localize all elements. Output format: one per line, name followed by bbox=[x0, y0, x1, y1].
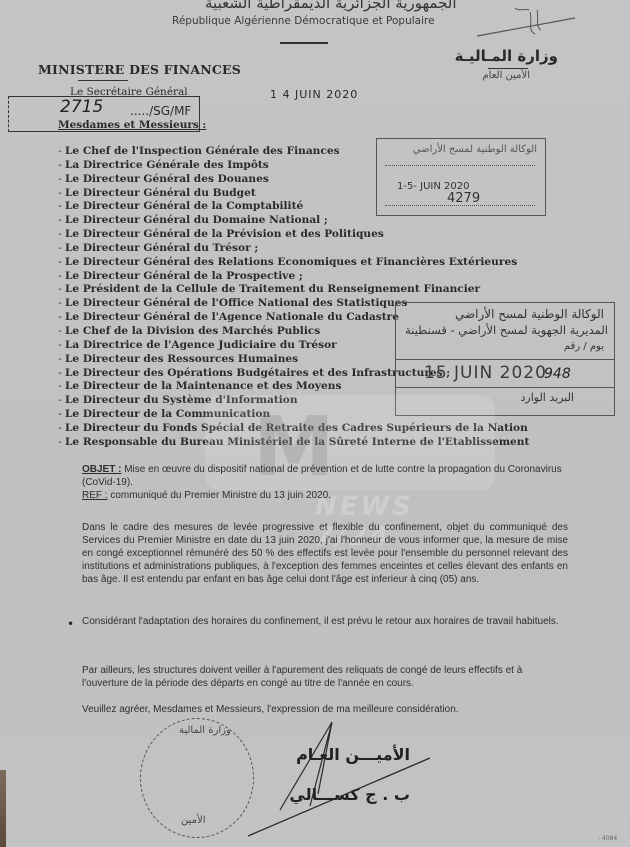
closing-formula: Veuillez agréer, Mesdames et Messieurs, … bbox=[82, 703, 568, 716]
reference-line: REF : communiqué du Premier Ministre du … bbox=[82, 489, 568, 502]
recipient-item: Le Directeur Général de la Prospective ; bbox=[58, 270, 529, 284]
object-label: OBJET : bbox=[82, 464, 121, 475]
recipient-item: Le Directeur du Fonds Spécial de Retrait… bbox=[58, 422, 529, 436]
object-text: Mise en œuvre du dispositif national de … bbox=[82, 464, 562, 488]
official-seal: وزارة المالية الأمين bbox=[140, 718, 254, 838]
paragraph-leave: Par ailleurs, les structures doivent vei… bbox=[82, 664, 568, 690]
stamp-2-divider bbox=[396, 359, 614, 360]
arabic-republic-heading: الجمهورية الجزائرية الديمقراطية الشعبية bbox=[205, 0, 457, 12]
received-stamp-1: الوكالة الوطنية لمسح الأراضي 1-5- JUIN 2… bbox=[376, 138, 546, 216]
ref-label: REF : bbox=[82, 490, 108, 501]
ministry-title: MINISTERE DES FINANCES bbox=[38, 62, 241, 77]
reference-suffix: ...../SG/MF bbox=[130, 104, 191, 118]
recipient-item: Le Responsable du Bureau Ministériel de … bbox=[58, 436, 529, 450]
arabic-ministry-title: وزارة المـاليـة bbox=[455, 47, 558, 65]
handwritten-signature-icon bbox=[240, 718, 480, 847]
seal-top-text: وزارة المالية bbox=[179, 725, 231, 736]
document-page: الجمهورية الجزائرية الديمقراطية الشعبية … bbox=[0, 0, 630, 847]
stamp-2-date: 15 JUIN 2020 bbox=[424, 363, 547, 383]
recipient-item: Le Directeur Général de la Prévision et … bbox=[58, 228, 529, 242]
ref-text: communiqué du Premier Ministre du 13 jui… bbox=[108, 490, 331, 501]
republic-heading: République Algérienne Démocratique et Po… bbox=[172, 15, 435, 27]
stamp-2-divider bbox=[396, 387, 614, 388]
recipient-item: Le Directeur Général des Relations Econo… bbox=[58, 256, 529, 270]
stamp-2-number: 948 bbox=[544, 366, 571, 382]
reference-number: 2715 bbox=[60, 97, 103, 117]
stamp-2-agency: الوكالة الوطنية لمسح الأراضي bbox=[455, 307, 604, 321]
arabic-ministry-divider bbox=[488, 68, 528, 69]
object-line: OBJET : Mise en œuvre du dispositif nati… bbox=[82, 463, 568, 489]
footer-code: : 4084 bbox=[598, 835, 617, 842]
handwritten-annotation-icon bbox=[475, 4, 585, 40]
recipient-item: Le Directeur Général du Domaine National… bbox=[58, 214, 529, 228]
salutation: Mesdames et Messieurs : bbox=[58, 119, 206, 131]
paragraph-working-hours: Considérant l'adaptation des horaires du… bbox=[82, 615, 568, 628]
paragraph-main: Dans le cadre des mesures de levée progr… bbox=[82, 521, 568, 586]
stamp-1-dotted-line bbox=[385, 165, 535, 167]
seal-bottom-text: الأمين bbox=[181, 815, 205, 826]
recipient-item: Le Directeur Général du Trésor ; bbox=[58, 242, 529, 256]
arabic-secretary-label: الأمين العام bbox=[482, 70, 530, 81]
stamp-1-number: 4279 bbox=[447, 191, 480, 206]
recipient-item: Le Président de la Cellule de Traitement… bbox=[58, 283, 529, 297]
stamp-2-day-number-label: يوم / رقم bbox=[564, 341, 604, 352]
header-divider bbox=[280, 42, 328, 44]
stamp-1-agency: الوكالة الوطنية لمسح الأراضي bbox=[413, 144, 537, 155]
photo-edge bbox=[0, 770, 6, 847]
stamp-2-incoming-mail: البريد الوارد bbox=[521, 391, 575, 404]
bullet-icon: • bbox=[67, 617, 74, 631]
ministry-divider bbox=[78, 80, 128, 81]
document-date: 1 4 JUIN 2020 bbox=[270, 88, 358, 101]
received-stamp-2: الوكالة الوطنية لمسح الأراضي المديرية ال… bbox=[395, 302, 615, 416]
stamp-2-directorate: المديرية الجهوية لمسح الأراضي - قسنطينة bbox=[405, 323, 608, 337]
